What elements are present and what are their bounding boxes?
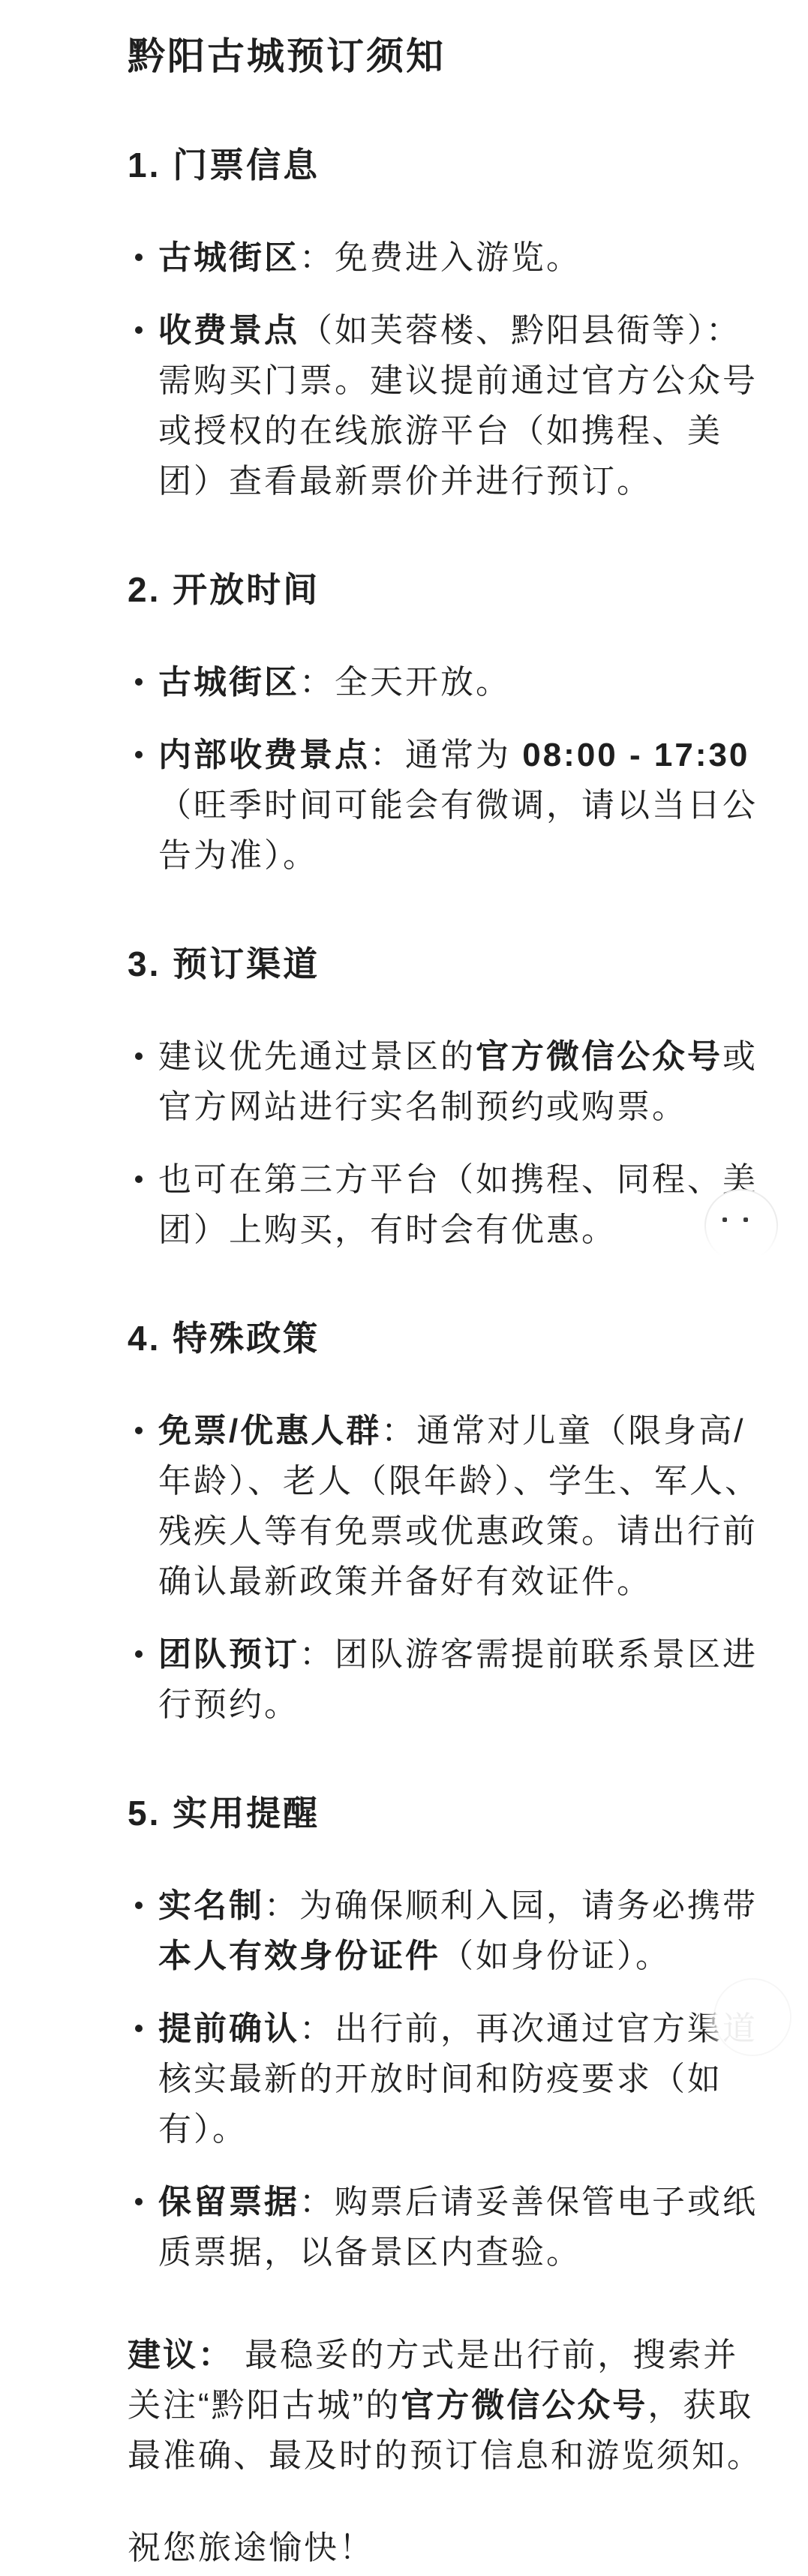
farewell-text: 祝您旅途愉快！ bbox=[128, 2523, 763, 2573]
bullet-dot-icon bbox=[135, 751, 143, 758]
section-heading: 1. 门票信息 bbox=[128, 140, 763, 191]
bullet-dot-icon bbox=[135, 2025, 143, 2032]
list-item: 收费景点（如芙蓉楼、黔阳县衙等）：需购买门票。建议提前通过官方公众号或授权的在线… bbox=[158, 305, 763, 506]
text-segment: 提前确认 bbox=[158, 2010, 299, 2047]
list-item: 免票/优惠人群：通常对儿童（限身高/年龄）、老人（限年龄）、学生、军人、残疾人等… bbox=[158, 1406, 763, 1607]
section-list: 古城街区：免费进入游览。收费景点（如芙蓉楼、黔阳县衙等）：需购买门票。建议提前通… bbox=[128, 233, 763, 506]
section-heading: 2. 开放时间 bbox=[128, 565, 763, 615]
white-blob-watermark bbox=[715, 1980, 790, 2055]
section-list: 古城街区：全天开放。内部收费景点：通常为 08:00 - 17:30（旺季时间可… bbox=[128, 657, 763, 881]
bullet-dot-icon bbox=[135, 1175, 143, 1183]
section-list: 免票/优惠人群：通常对儿童（限身高/年龄）、老人（限年龄）、学生、军人、残疾人等… bbox=[128, 1406, 763, 1730]
list-item: 建议优先通过景区的官方微信公众号或官方网站进行实名制预约或购票。 bbox=[158, 1031, 763, 1132]
text-segment: 古城街区 bbox=[158, 664, 299, 701]
text-segment: ：全天开放。 bbox=[299, 664, 511, 701]
text-segment: 古城街区 bbox=[158, 239, 299, 276]
section-list: 建议优先通过景区的官方微信公众号或官方网站进行实名制预约或购票。也可在第三方平台… bbox=[128, 1031, 763, 1255]
text-segment: 实名制 bbox=[158, 1887, 264, 1924]
page-title: 黔阳古城预订须知 bbox=[128, 32, 763, 82]
text-segment: 08:00 - 17:30 bbox=[522, 737, 749, 773]
bullet-dot-icon bbox=[135, 678, 143, 686]
sections-container: 1. 门票信息古城街区：免费进入游览。收费景点（如芙蓉楼、黔阳县衙等）：需购买门… bbox=[128, 140, 763, 2277]
text-segment: 本人有效身份证件 bbox=[158, 1938, 440, 1974]
text-segment: 团队预订 bbox=[158, 1636, 299, 1673]
bullet-dot-icon bbox=[135, 2198, 143, 2205]
text-segment: 收费景点 bbox=[158, 312, 299, 349]
list-item: 也可在第三方平台（如携程、同程、美团）上购买，有时会有优惠。 bbox=[158, 1154, 763, 1255]
list-item: 提前确认：出行前，再次通过官方渠道核实最新的开放时间和防疫要求（如有）。 bbox=[158, 2004, 763, 2154]
text-segment: 建议： bbox=[128, 2337, 233, 2373]
document: 黔阳古城预订须知 1. 门票信息古城街区：免费进入游览。收费景点（如芙蓉楼、黔阳… bbox=[0, 0, 808, 2573]
text-segment: ：为确保顺利入园，请务必携带 bbox=[264, 1887, 758, 1924]
section-heading: 5. 实用提醒 bbox=[128, 1788, 763, 1839]
bullet-dot-icon bbox=[135, 1427, 143, 1434]
closing-paragraph: 建议： 最稳妥的方式是出行前，搜索并关注“黔阳古城”的官方微信公众号，获取最准确… bbox=[128, 2330, 763, 2481]
text-segment: 官方微信公众号 bbox=[476, 1038, 722, 1075]
text-segment: （如身份证）。 bbox=[440, 1938, 671, 1974]
section-heading: 3. 预订渠道 bbox=[128, 939, 763, 989]
section-list: 实名制：为确保顺利入园，请务必携带本人有效身份证件（如身份证）。提前确认：出行前… bbox=[128, 1881, 763, 2277]
list-item: 内部收费景点：通常为 08:00 - 17:30（旺季时间可能会有微调，请以当日… bbox=[158, 730, 763, 881]
text-segment: 保留票据 bbox=[158, 2184, 299, 2220]
text-segment: ：免费进入游览。 bbox=[299, 239, 581, 276]
text-segment: （旺季时间可能会有微调，请以当日公告为准）。 bbox=[158, 787, 758, 874]
bullet-dot-icon bbox=[135, 1902, 143, 1909]
text-segment: 免票/优惠人群 bbox=[158, 1413, 381, 1449]
text-segment: ：通常为 bbox=[370, 737, 522, 773]
bullet-dot-icon bbox=[135, 1650, 143, 1658]
text-segment: 建议优先通过景区的 bbox=[158, 1038, 476, 1075]
list-item: 团队预订：团队游客需提前联系景区进行预约。 bbox=[158, 1629, 763, 1730]
bullet-dot-icon bbox=[135, 326, 143, 334]
bullet-dot-icon bbox=[135, 254, 143, 261]
text-segment: 也可在第三方平台（如携程、同程、美团）上购买，有时会有优惠。 bbox=[158, 1161, 758, 1248]
text-segment: 内部收费景点 bbox=[158, 737, 370, 773]
watermark-fade bbox=[700, 1222, 782, 1270]
list-item: 古城街区：全天开放。 bbox=[158, 657, 763, 707]
list-item: 古城街区：免费进入游览。 bbox=[158, 233, 763, 283]
faded-face-watermark bbox=[704, 1189, 778, 1262]
bullet-dot-icon bbox=[135, 1052, 143, 1060]
list-item: 保留票据：购票后请妥善保管电子或纸质票据，以备景区内查验。 bbox=[158, 2177, 763, 2277]
section-heading: 4. 特殊政策 bbox=[128, 1314, 763, 1364]
list-item: 实名制：为确保顺利入园，请务必携带本人有效身份证件（如身份证）。 bbox=[158, 1881, 763, 1981]
text-segment: 官方微信公众号 bbox=[401, 2387, 647, 2424]
